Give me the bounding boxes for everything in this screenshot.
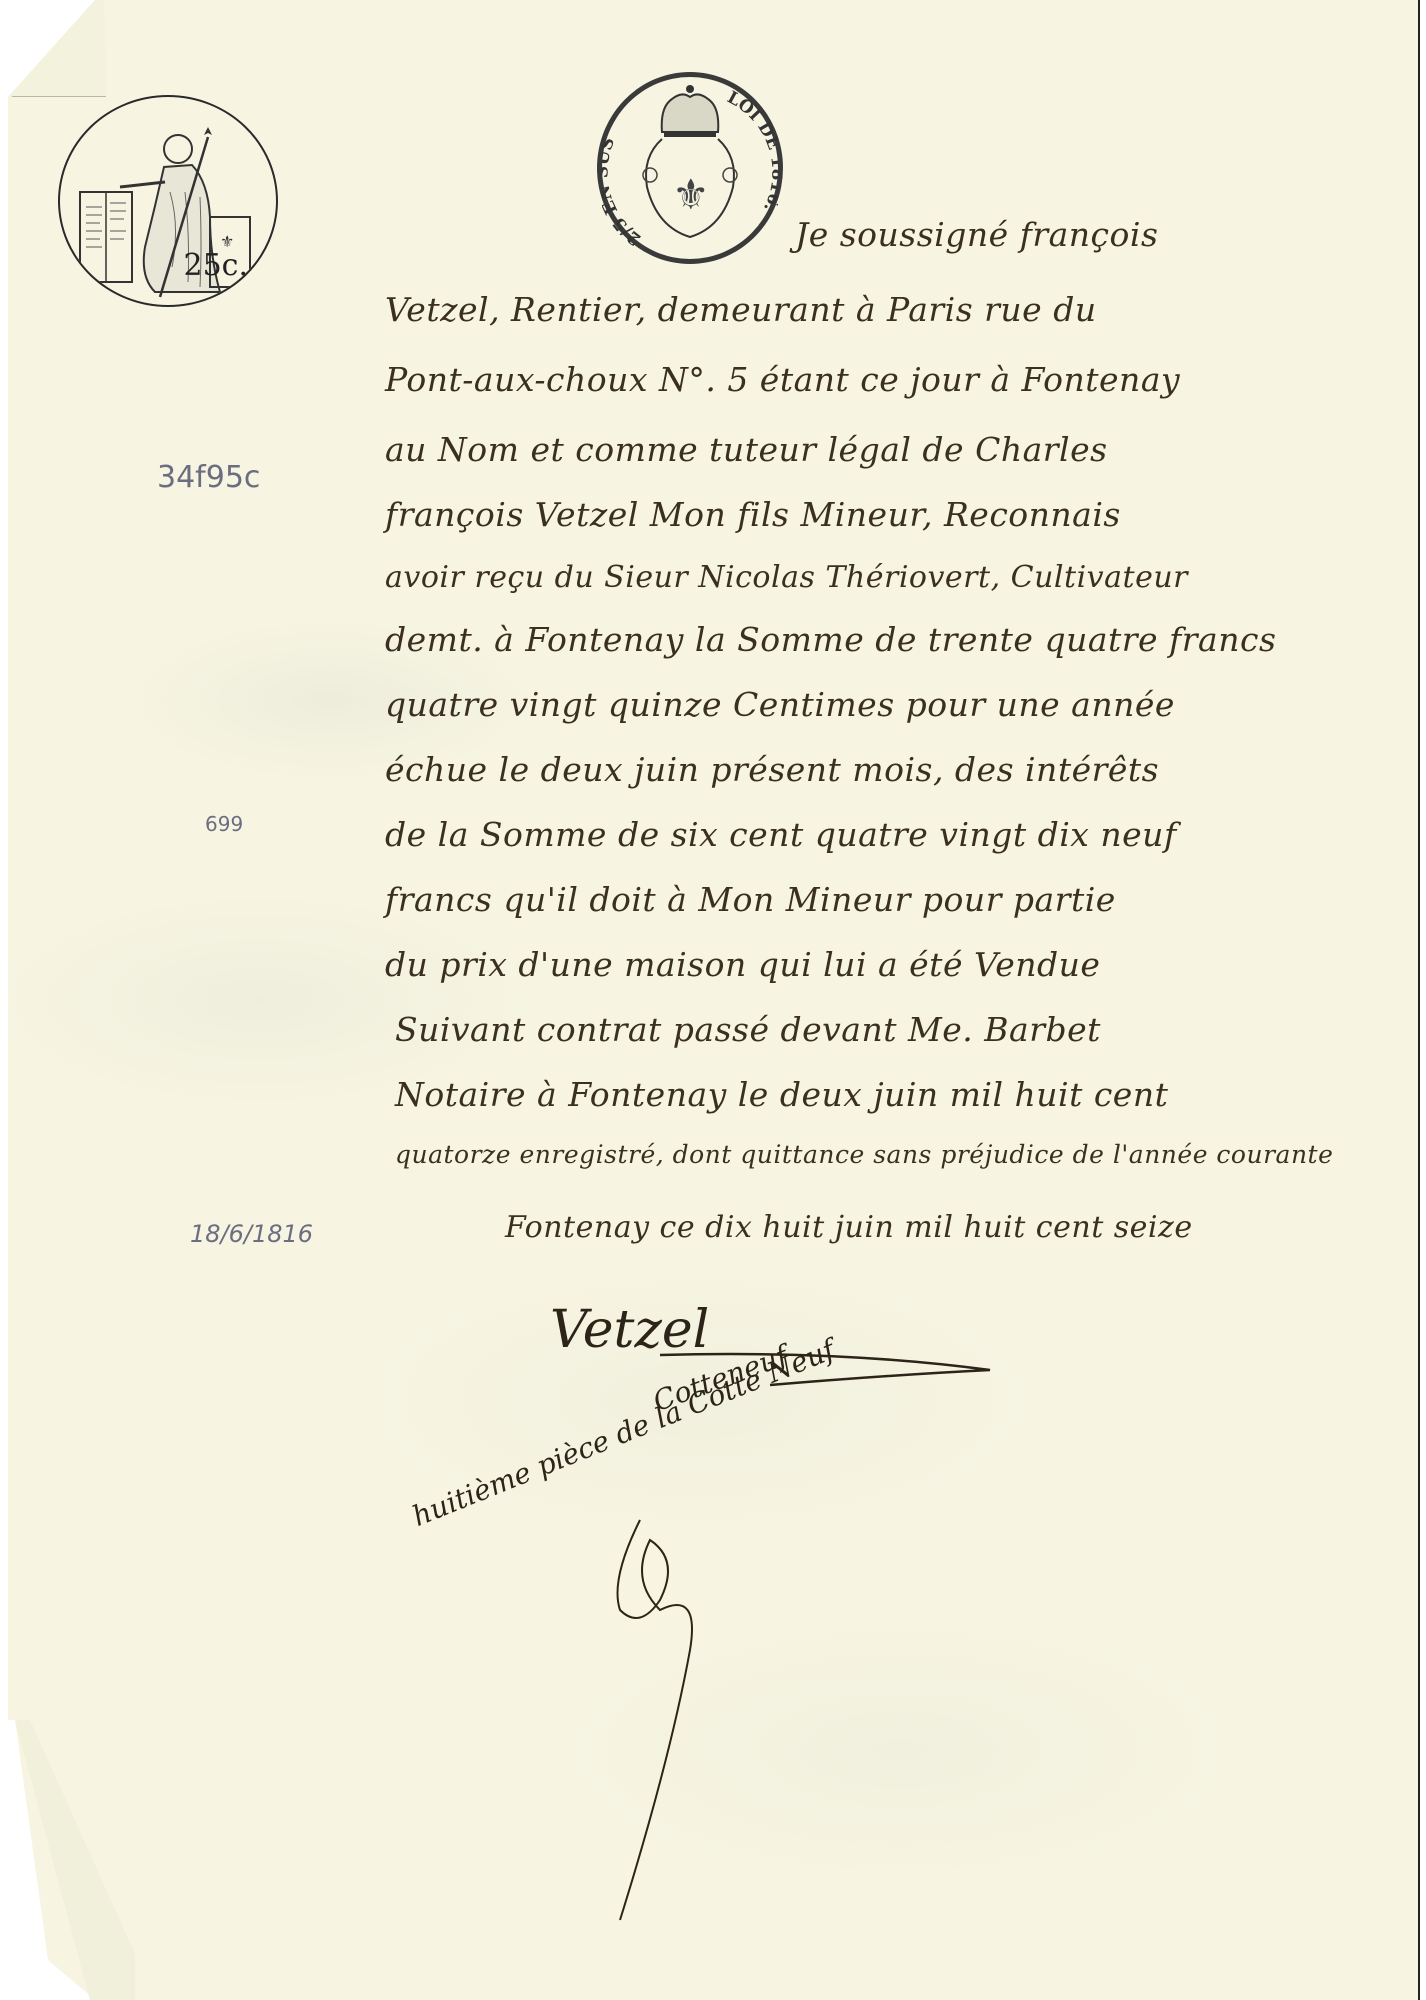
body-line-1: Je soussigné françois bbox=[795, 215, 1158, 254]
margin-amount: 34f95c bbox=[157, 460, 260, 495]
body-line-14: Notaire à Fontenay le deux juin mil huit… bbox=[395, 1075, 1168, 1114]
body-line-5: françois Vetzel Mon fils Mineur, Reconna… bbox=[385, 495, 1121, 534]
stamp-left-text: 2/5 EN SUS bbox=[602, 135, 645, 249]
stamp-value: 25c. bbox=[183, 248, 248, 283]
body-line-3: Pont-aux-choux N°. 5 étant ce jour à Fon… bbox=[385, 360, 1180, 399]
body-line-8: quatre vingt quinze Centimes pour une an… bbox=[385, 685, 1175, 724]
body-line-12: du prix d'une maison qui lui a été Vendu… bbox=[385, 945, 1100, 984]
folded-corner-top-left bbox=[8, 0, 106, 97]
svg-text:2/5 EN SUS: 2/5 EN SUS bbox=[602, 135, 645, 249]
body-line-16: Fontenay ce dix huit juin mil huit cent … bbox=[505, 1210, 1193, 1245]
body-line-7: demt. à Fontenay la Somme de trente quat… bbox=[385, 620, 1276, 659]
document-page: ⚜ 25c. 2/5 EN SUS LOI DE 1816. bbox=[0, 0, 1426, 2000]
svg-text:⚜: ⚜ bbox=[672, 170, 710, 219]
body-line-9: échue le deux juin présent mois, des int… bbox=[385, 750, 1159, 789]
stamp-right-text: LOI DE 1816. bbox=[724, 88, 778, 215]
svg-text:LOI DE 1816.: LOI DE 1816. bbox=[724, 88, 778, 215]
margin-date: 18/6/1816 bbox=[190, 1220, 313, 1248]
body-line-13: Suivant contrat passé devant Me. Barbet bbox=[395, 1010, 1101, 1049]
margin-number: 699 bbox=[205, 812, 243, 836]
body-line-15: quatorze enregistré, dont quittance sans… bbox=[395, 1140, 1333, 1169]
tax-stamp: ⚜ 25c. bbox=[58, 95, 278, 307]
body-line-6: avoir reçu du Sieur Nicolas Thériovert, … bbox=[385, 560, 1188, 595]
paraph-flourish bbox=[600, 1500, 720, 1940]
body-line-4: au Nom et comme tuteur légal de Charles bbox=[385, 430, 1108, 469]
body-line-2: Vetzel, Rentier, demeurant à Paris rue d… bbox=[385, 290, 1097, 329]
body-line-11: francs qu'il doit à Mon Mineur pour part… bbox=[385, 880, 1116, 919]
crown-fleur-de-lis-icon: 2/5 EN SUS LOI DE 1816. ⚜ bbox=[602, 77, 778, 259]
scan-edge bbox=[1418, 0, 1426, 2000]
body-line-10: de la Somme de six cent quatre vingt dix… bbox=[385, 815, 1177, 854]
royal-stamp: 2/5 EN SUS LOI DE 1816. ⚜ bbox=[597, 72, 783, 264]
